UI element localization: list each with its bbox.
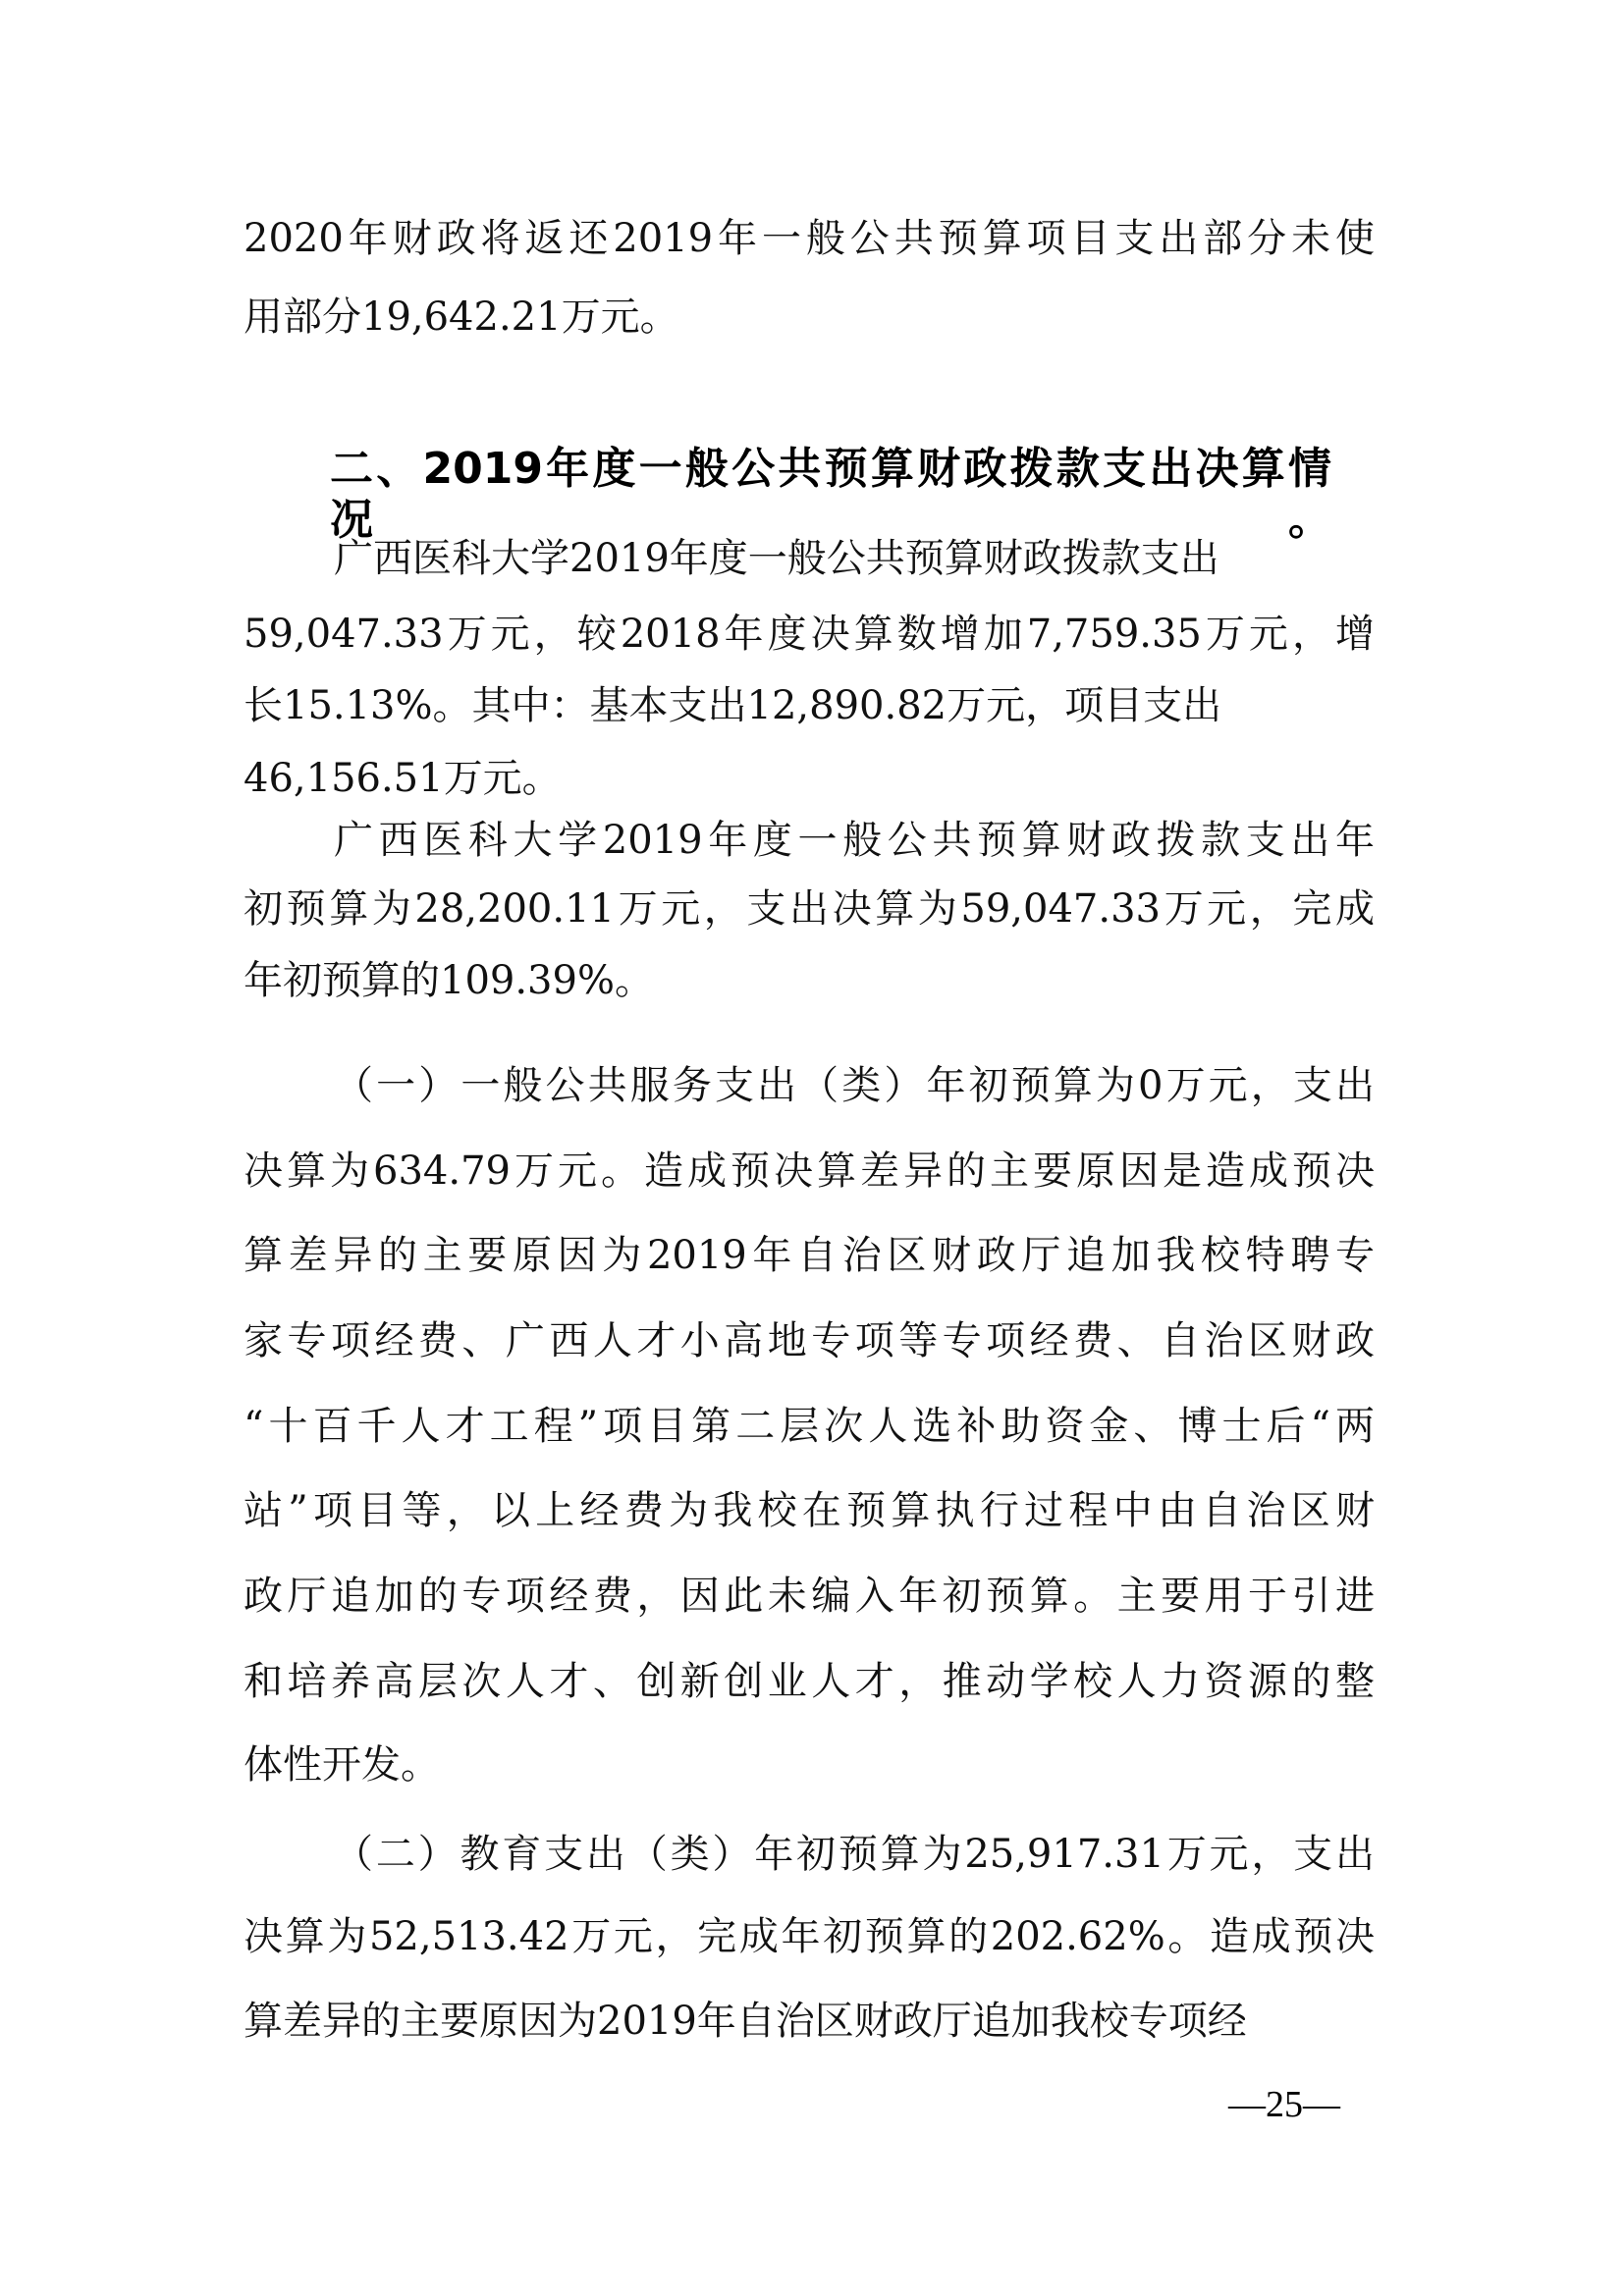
p2-line-3: 年初预算的109.39%。 — [244, 957, 654, 1004]
p3-line-7: 政厅追加的专项经费，因此未编入年初预算。主要用于引进 — [244, 1573, 1375, 1620]
p3-line-6: 站”项目等，以上经费为我校在预算执行过程中由自治区财 — [244, 1487, 1375, 1534]
p3-line-8: 和培养高层次人才、创新创业人才，推动学校人力资源的整 — [244, 1658, 1375, 1705]
p4-line-3: 算差异的主要原因为2019年自治区财政厅追加我校专项经 — [244, 1998, 1247, 2045]
p2-line-2: 初预算为28,200.11万元，支出决算为59,047.33万元，完成 — [244, 885, 1375, 933]
p3-line-1: （一）一般公共服务支出（类）年初预算为0万元，支出 — [334, 1062, 1375, 1109]
carryover-line-1: 2020年财政将返还2019年一般公共预算项目支出部分未使 — [244, 215, 1375, 262]
p1-line-2: 59,047.33万元，较2018年度决算数增加7,759.35万元，增 — [244, 611, 1375, 658]
p3-line-2: 决算为634.79万元。造成预决算差异的主要原因是造成预决 — [244, 1148, 1375, 1195]
p3-line-5: “十百千人才工程”项目第二层次人选补助资金、博士后“两 — [244, 1403, 1375, 1450]
p4-line-2: 决算为52,513.42万元，完成年初预算的202.62%。造成预决 — [244, 1913, 1375, 1960]
p1-line-3: 长15.13%。其中：基本支出12,890.82万元，项目支出 — [244, 682, 1221, 729]
p1-line-1: 广西医科大学2019年度一般公共预算财政拨款支出 — [334, 535, 1219, 582]
p1-line-4: 46,156.51万元。 — [244, 755, 562, 802]
p2-line-1: 广西医科大学2019年度一般公共预算财政拨款支出年 — [334, 817, 1375, 864]
page-number: —25— — [1225, 2083, 1343, 2126]
document-page: 2020年财政将返还2019年一般公共预算项目支出部分未使 用部分19,642.… — [0, 0, 1624, 2296]
p3-line-9: 体性开发。 — [244, 1741, 440, 1789]
p4-line-1: （二）教育支出（类）年初预算为25,917.31万元，支出 — [334, 1831, 1375, 1878]
p3-line-4: 家专项经费、广西人才小高地专项等专项经费、自治区财政 — [244, 1317, 1375, 1364]
carryover-line-2: 用部分19,642.21万元。 — [244, 294, 679, 341]
section-heading: 二、2019年度一般公共预算财政拨款支出决算情况。 — [330, 444, 1331, 546]
p3-line-3: 算差异的主要原因为2019年自治区财政厅追加我校特聘专 — [244, 1232, 1375, 1279]
